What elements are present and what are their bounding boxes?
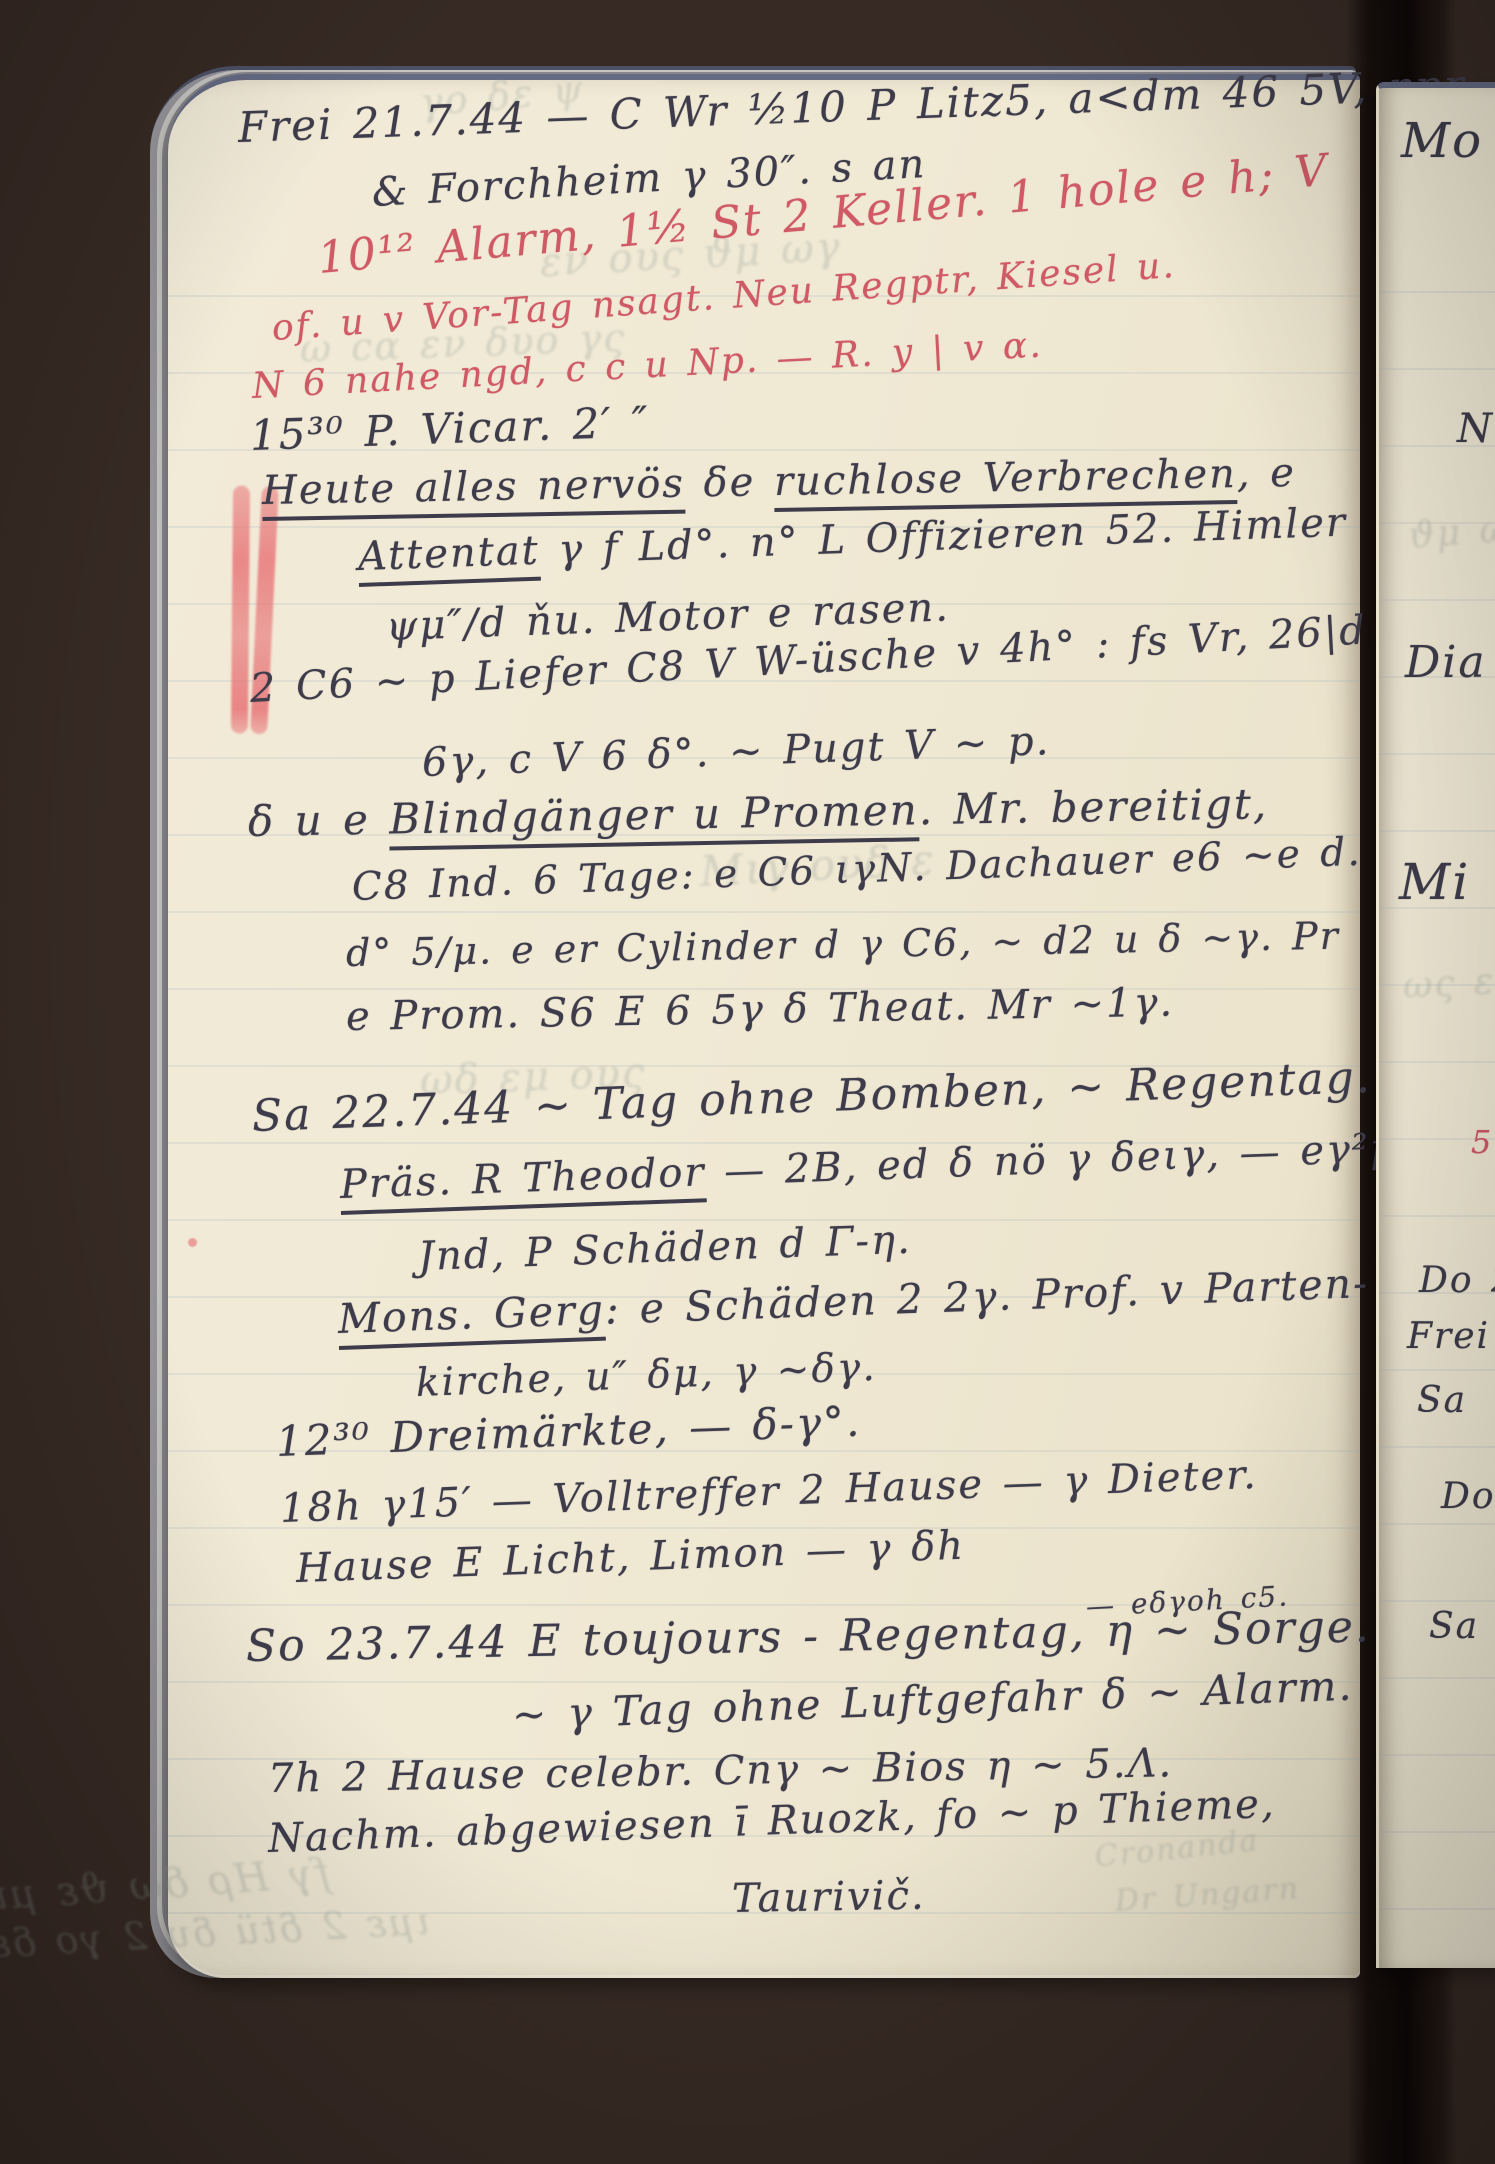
ruled-lines: [1379, 216, 1495, 1968]
handwriting-fragment: Sa: [1417, 1382, 1467, 1420]
handwriting-fragment: N: [1457, 408, 1494, 450]
handwriting-fragment: 5: [1471, 1126, 1493, 1160]
handwriting-fragment: Do: [1441, 1478, 1495, 1516]
left-diary-page: [168, 74, 1360, 1978]
crayon-stroke: [231, 486, 250, 734]
handwriting-fragment: Mo .: [1401, 116, 1495, 166]
handwriting-fragment: Dia: [1405, 640, 1487, 686]
diary-photograph: γο δε ψεν ους ϑμ ωγω cα εν δυο γςΜιγ ουδ…: [0, 0, 1495, 2164]
handwriting-fragment: Sa: [1429, 1608, 1479, 1646]
red-crayon-margin-mark: [227, 485, 285, 734]
handwriting-fragment: Frei: [1407, 1318, 1490, 1356]
bleed-through-layer: ϑμ ωως ε: [1379, 88, 1495, 1968]
crayon-stroke: [250, 486, 279, 735]
red-dot-mark: [188, 1238, 197, 1247]
ghost-bleed-text: ως ε: [1402, 963, 1495, 1006]
ruled-lines: [168, 220, 1360, 1978]
right-diary-page: ϑμ ωως ε Mo .NDiaMi5Do 2FreiSaDoSa: [1376, 82, 1495, 1968]
handwriting-fragment: Do 2: [1419, 1262, 1495, 1300]
ghost-bleed-text: ϑμ ω: [1408, 511, 1495, 556]
handwriting-fragment: Mi: [1399, 856, 1470, 909]
handwriting-layer: Mo .NDiaMi5Do 2FreiSaDoSa: [1379, 88, 1495, 1968]
